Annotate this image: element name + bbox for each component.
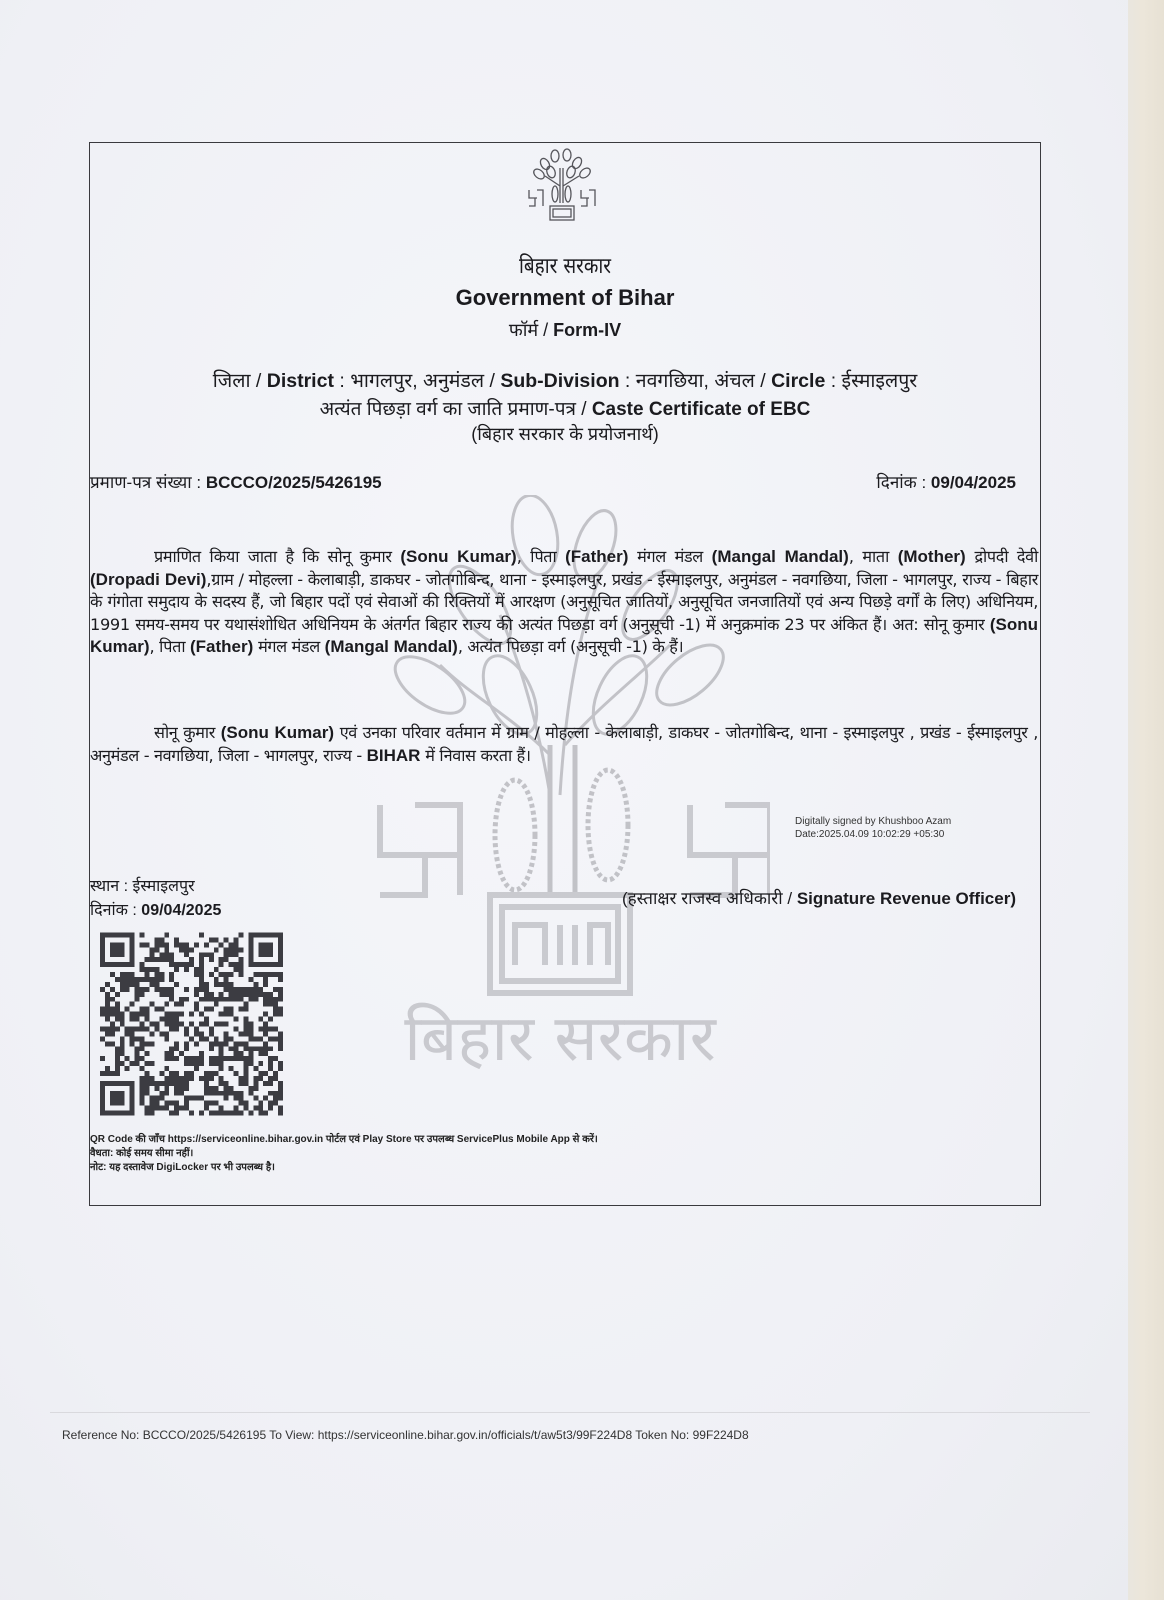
digilocker-note: नोट: यह दस्तावेज DigiLocker पर भी उपलब्ध… — [90, 1161, 598, 1175]
residence-paragraph: सोनू कुमार (Sonu Kumar) एवं उनका परिवार … — [90, 722, 1038, 767]
reference-divider — [50, 1412, 1090, 1413]
issue-date: दिनांक : 09/04/2025 — [90, 899, 221, 923]
certificate-date-value: 09/04/2025 — [931, 473, 1016, 492]
bold-text: (Sonu Kumar) — [400, 547, 516, 566]
signature-label-en: Signature Revenue Officer) — [797, 889, 1016, 908]
certificate-title: अत्यंत पिछड़ा वर्ग का जाति प्रमाण-पत्र /… — [89, 395, 1041, 421]
validity-note: वैधता: कोई समय सीमा नहीं। — [90, 1147, 598, 1161]
hindi-title: बिहार सरकार — [156, 250, 975, 280]
jurisdiction-line: जिला / District : भागलपुर, अनुमंडल / Sub… — [89, 366, 1041, 393]
place-date-block: स्थान : ईस्माइलपुर दिनांक : 09/04/2025 — [90, 875, 221, 923]
purpose-note: (बिहार सरकार के प्रयोजनार्थ) — [89, 422, 1041, 446]
bold-text: (Sonu Kumar) — [221, 723, 334, 742]
body-text: सोनू कुमार — [154, 723, 221, 742]
certificate-number: प्रमाण-पत्र संख्या : BCCCO/2025/5426195 — [90, 470, 382, 493]
digital-signature-signer: Digitally signed by Khushboo Azam — [795, 815, 951, 828]
place-label: स्थान : ईस्माइलपुर — [90, 875, 221, 899]
body-text: , माता — [849, 547, 898, 566]
bihar-emblem-logo — [525, 148, 599, 228]
body-text: मंगल मंडल — [253, 637, 324, 656]
certification-paragraph: प्रमाणित किया जाता है कि सोनू कुमार (Son… — [90, 546, 1038, 659]
bold-text: (Dropadi Devi) — [90, 570, 206, 589]
certificate-title-hi: अत्यंत पिछड़ा वर्ग का जाति प्रमाण-पत्र / — [320, 399, 592, 420]
certificate-number-label: प्रमाण-पत्र संख्या : — [90, 473, 206, 492]
paper-edge — [1128, 0, 1164, 1600]
certificate-date-label: दिनांक : — [876, 473, 931, 492]
bold-text: (Mangal Mandal) — [325, 637, 458, 656]
issue-date-value: 09/04/2025 — [141, 902, 221, 919]
form-label-hi: फॉर्म / — [509, 320, 553, 340]
body-text: , पिता — [517, 547, 565, 566]
bold-text: (Mother) — [898, 547, 966, 566]
certificate-number-value: BCCCO/2025/5426195 — [206, 473, 382, 492]
certificate-title-en: Caste Certificate of EBC — [592, 399, 811, 420]
district-label-hi: जिला / — [213, 370, 267, 392]
signature-label: (हस्ताक्षर राजस्व अधिकारी / Signature Re… — [622, 886, 1016, 909]
subdivision-label-en: Sub-Division — [500, 370, 619, 392]
body-text: द्रोपदी देवी — [966, 547, 1038, 566]
qr-notes: QR Code की जाँच https://serviceonline.bi… — [90, 1133, 598, 1175]
body-text: प्रमाणित किया जाता है कि सोनू कुमार — [154, 547, 400, 566]
circle-value: : ईस्माइलपुर — [825, 370, 917, 392]
body-text: में निवास करता हैं। — [420, 746, 530, 765]
form-label-en: Form-IV — [553, 320, 621, 340]
body-text: , पिता — [150, 637, 191, 656]
digital-signature-date: Date:2025.04.09 10:02:29 +05:30 — [795, 828, 951, 841]
district-label-en: District — [267, 370, 334, 392]
reference-line: Reference No: BCCCO/2025/5426195 To View… — [62, 1428, 749, 1442]
district-value: : भागलपुर, — [334, 370, 423, 392]
certificate-date: दिनांक : 09/04/2025 — [876, 470, 1016, 493]
body-text: , अत्यंत पिछड़ा वर्ग (अनुसूची -1) के हैं… — [458, 637, 683, 656]
digital-signature: Digitally signed by Khushboo Azam Date:2… — [795, 815, 951, 841]
bold-text: BIHAR — [367, 746, 421, 765]
bold-text: (Father) — [565, 547, 628, 566]
qr-code[interactable] — [100, 931, 283, 1117]
bold-text: (Father) — [190, 637, 253, 656]
bold-text: (Mangal Mandal) — [712, 547, 849, 566]
circle-label-en: Circle — [771, 370, 825, 392]
signature-label-hi: (हस्ताक्षर राजस्व अधिकारी / — [622, 889, 797, 908]
circle-label-hi: अंचल / — [714, 370, 771, 392]
issue-date-label: दिनांक : — [90, 902, 141, 919]
qr-verify-note: QR Code की जाँच https://serviceonline.bi… — [90, 1133, 598, 1147]
body-text: ,ग्राम / मोहल्ला - केलाबाड़ी, डाकघर - जो… — [90, 570, 1038, 634]
subdivision-value: : नवगछिया, — [620, 370, 715, 392]
form-line: फॉर्म / Form-IV — [89, 318, 1041, 342]
english-title: Government of Bihar — [89, 285, 1041, 311]
subdivision-label-hi: अनुमंडल / — [423, 370, 500, 392]
body-text: मंगल मंडल — [628, 547, 711, 566]
